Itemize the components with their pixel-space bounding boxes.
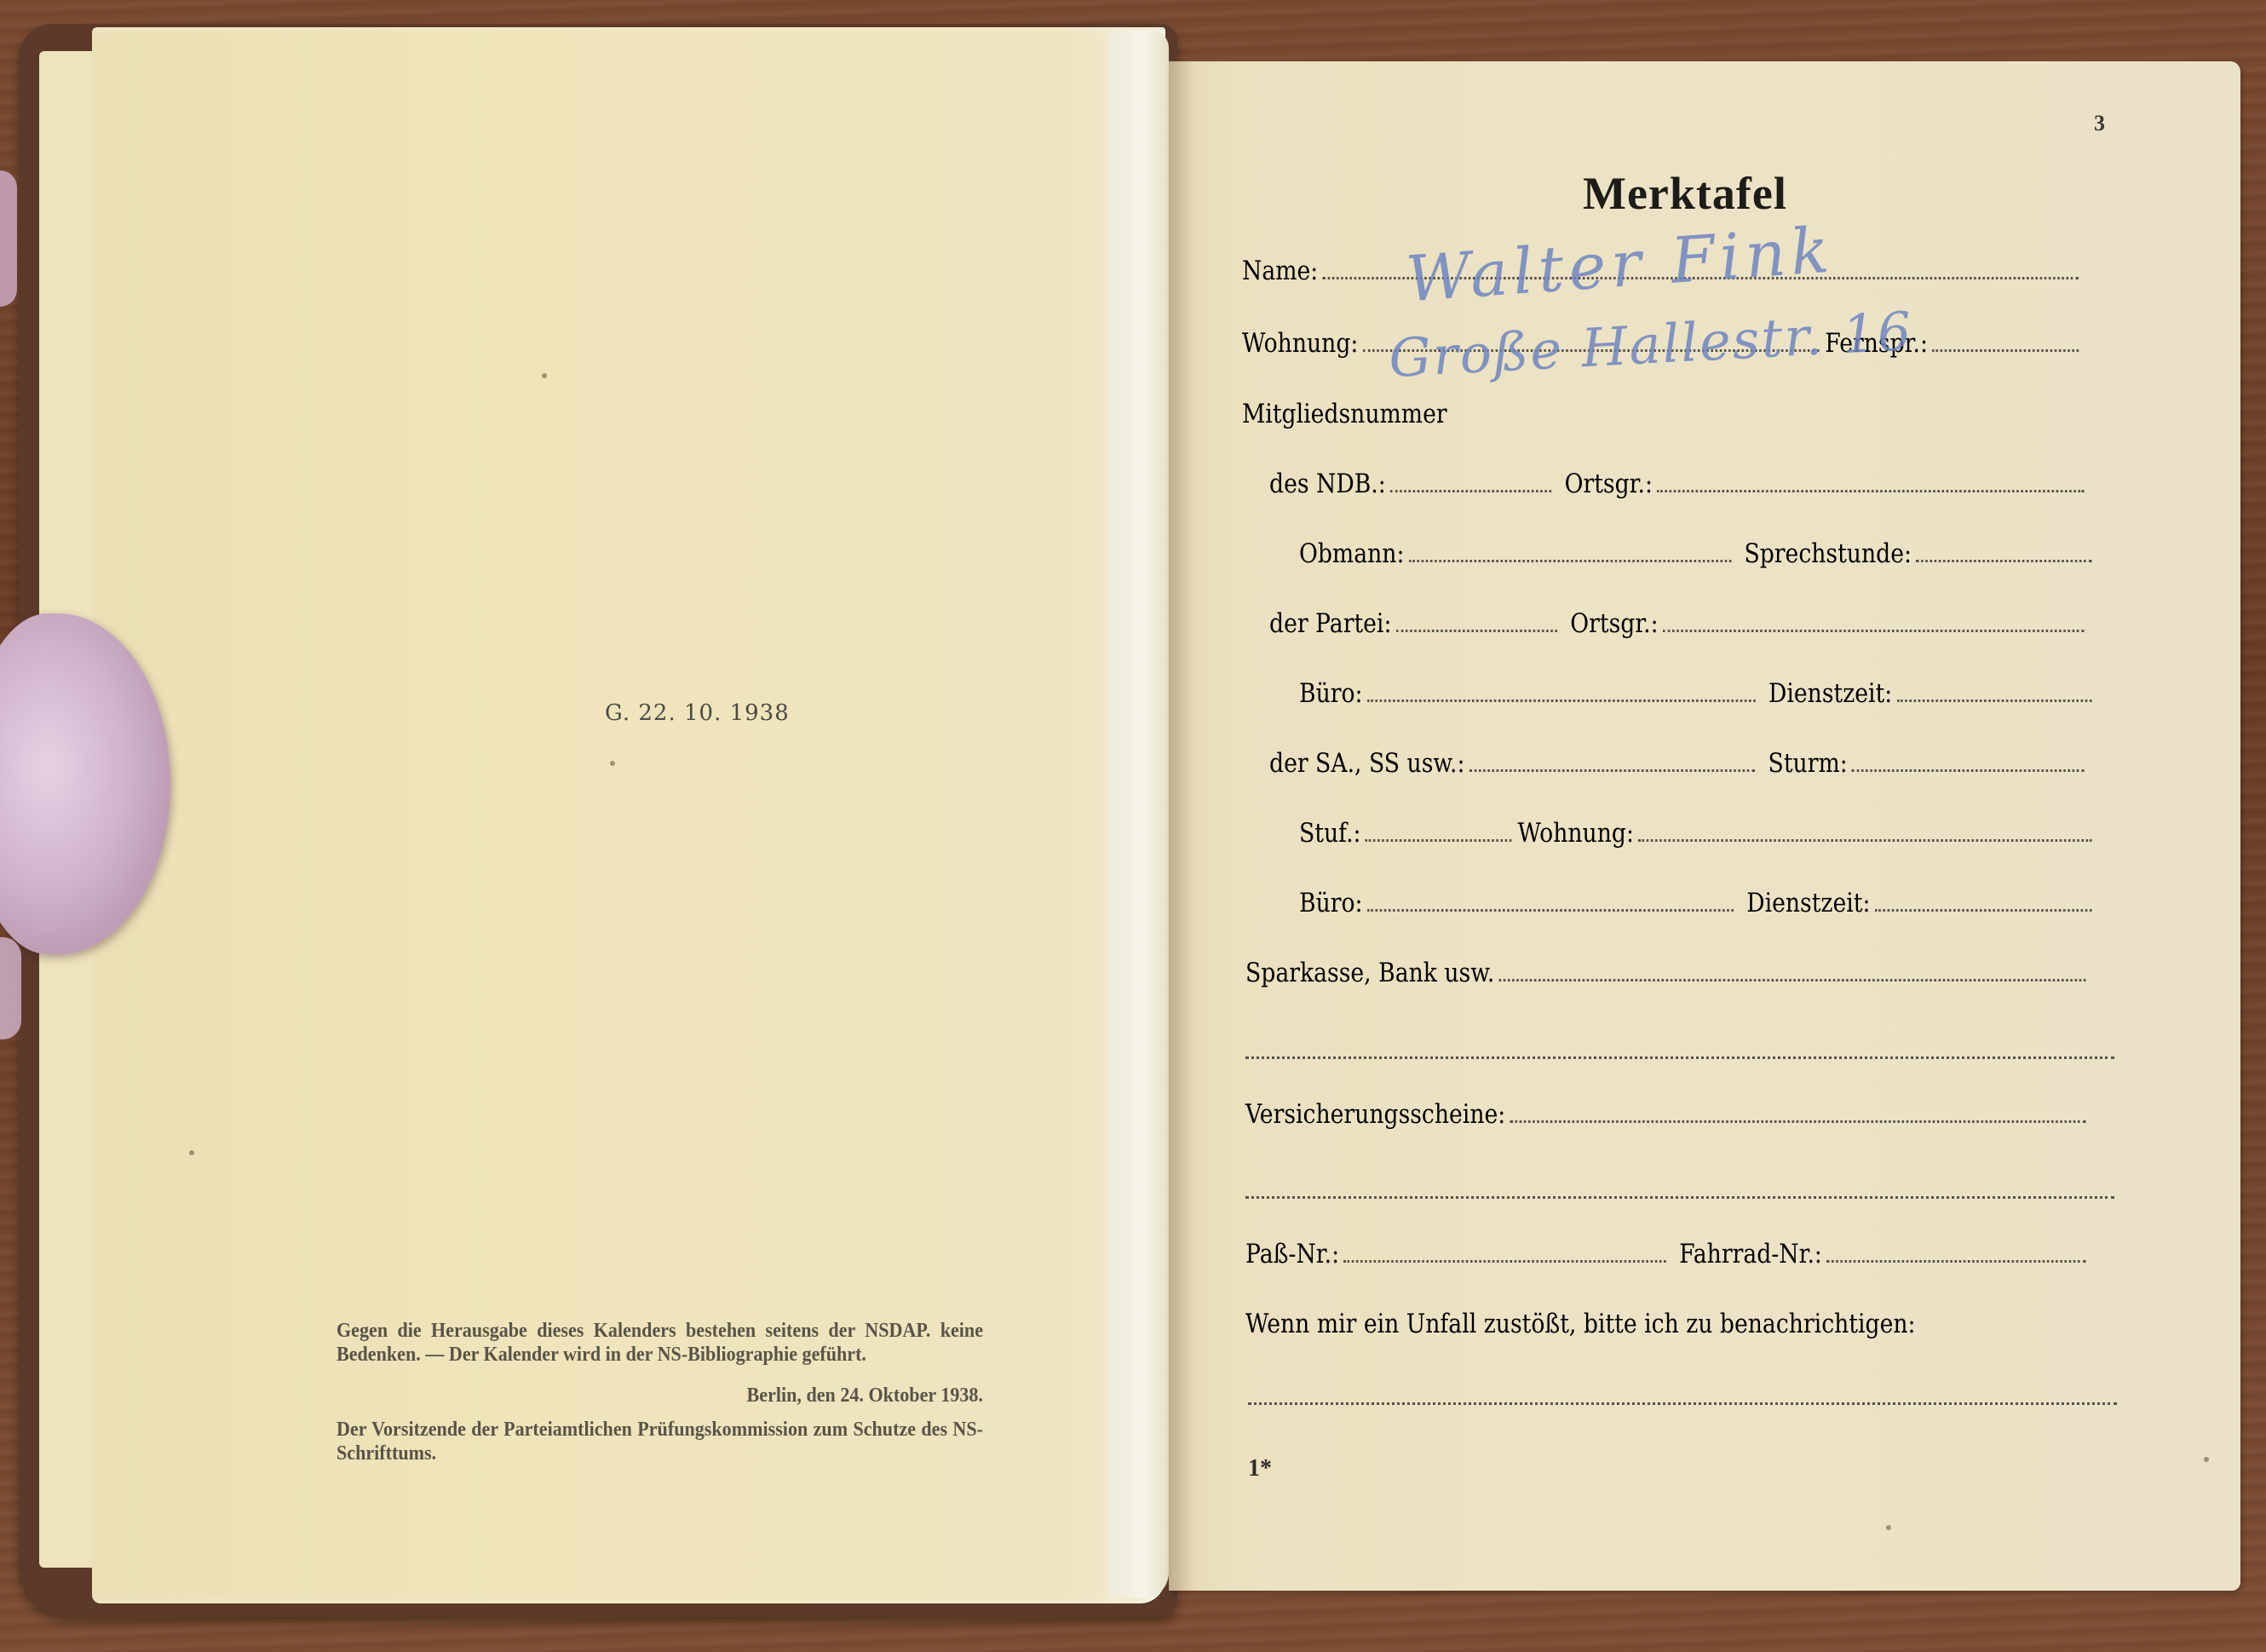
fill-line[interactable] xyxy=(1248,1402,2117,1405)
finger xyxy=(0,170,17,307)
field-buero-2: Büro: Dienstzeit: xyxy=(1299,888,2097,918)
field-label: Fahrrad-Nr.: xyxy=(1679,1239,1822,1269)
page-title: Merktafel xyxy=(1583,167,1787,220)
field-buero-1: Büro: Dienstzeit: xyxy=(1299,678,2097,709)
paper-speck xyxy=(2204,1457,2209,1462)
field-label: Sparkasse, Bank usw. xyxy=(1245,958,1494,988)
paper-speck xyxy=(542,373,547,378)
imprint-date: Berlin, den 24. Oktober 1938. xyxy=(336,1384,983,1407)
field-label: Büro: xyxy=(1299,678,1363,709)
imprint-notice: Gegen die Herausgabe dieses Kalenders be… xyxy=(336,1319,983,1465)
fill-line[interactable] xyxy=(1663,630,2085,632)
field-label: Wohnung: xyxy=(1518,818,1634,849)
fill-line[interactable] xyxy=(1875,909,2092,912)
left-page-curl xyxy=(1107,31,1169,1598)
fill-line[interactable] xyxy=(1896,699,2091,702)
fill-line[interactable] xyxy=(1852,769,2084,772)
signature-mark: 1* xyxy=(1248,1455,1272,1482)
field-sparkasse: Sparkasse, Bank usw. xyxy=(1245,958,2091,988)
field-sa: der SA., SS usw.: Sturm: xyxy=(1269,748,2090,779)
imprint-signature: Der Vorsitzende der Parteiamtlichen Prüf… xyxy=(336,1419,983,1465)
field-label: Büro: xyxy=(1299,888,1363,918)
page-number: 3 xyxy=(2094,111,2105,136)
fill-line[interactable] xyxy=(1245,1056,2114,1059)
field-label: Dienstzeit: xyxy=(1746,888,1870,918)
print-date-stamp: G. 22. 10. 1938 xyxy=(605,700,790,726)
fill-line[interactable] xyxy=(1343,1260,1665,1263)
field-label: der Partei: xyxy=(1269,608,1391,639)
paper-speck xyxy=(189,1150,194,1155)
field-stuf: Stuf.: Wohnung: xyxy=(1299,818,2097,849)
fill-line[interactable] xyxy=(1409,560,1731,562)
section-label: Mitgliedsnummer xyxy=(1242,399,1447,429)
fill-line[interactable] xyxy=(1932,349,2079,352)
field-versicherung: Versicherungsscheine: xyxy=(1245,1099,2091,1130)
field-label: Name: xyxy=(1242,256,1318,286)
fill-line[interactable] xyxy=(1657,490,2084,492)
imprint-paragraph: Gegen die Herausgabe dieses Kalenders be… xyxy=(336,1320,983,1366)
finger xyxy=(0,937,21,1039)
field-obmann: Obmann: Sprechstunde: xyxy=(1299,538,2097,569)
field-label: Sprechstunde: xyxy=(1744,538,1912,569)
field-label: Obmann: xyxy=(1299,538,1404,569)
fill-line[interactable] xyxy=(1916,560,2091,562)
field-label: Sturm: xyxy=(1769,748,1848,779)
fill-line[interactable] xyxy=(1366,839,1512,842)
field-label: Wohnung: xyxy=(1242,328,1358,359)
field-pass: Paß-Nr.: Fahrrad-Nr.: xyxy=(1245,1239,2091,1269)
field-label: Stuf.: xyxy=(1299,818,1361,849)
field-partei: der Partei: Ortsgr.: xyxy=(1269,608,2090,639)
section-mitgliedsnummer: Mitgliedsnummer xyxy=(1242,399,1447,429)
fill-line[interactable] xyxy=(1390,490,1551,492)
gutter-shadow xyxy=(1169,61,1194,1591)
field-label: der SA., SS usw.: xyxy=(1269,748,1465,779)
field-label: Dienstzeit: xyxy=(1769,678,1892,709)
field-label: Wenn mir ein Unfall zustößt, bitte ich z… xyxy=(1245,1309,1916,1339)
fill-line[interactable] xyxy=(1826,1260,2085,1263)
field-label: Ortsgr.: xyxy=(1565,469,1653,499)
fill-line[interactable] xyxy=(1638,839,2091,842)
fill-line[interactable] xyxy=(1245,1196,2114,1199)
field-label: Paß-Nr.: xyxy=(1245,1239,1339,1269)
paper-speck xyxy=(1886,1525,1891,1530)
fill-line[interactable] xyxy=(1499,979,2086,981)
field-label: des NDB.: xyxy=(1269,469,1386,499)
field-label: Versicherungsscheine: xyxy=(1245,1099,1505,1130)
fill-line[interactable] xyxy=(1469,769,1755,772)
fill-line[interactable] xyxy=(1367,699,1756,702)
paper-speck xyxy=(610,761,615,766)
fill-line[interactable] xyxy=(1367,909,1734,912)
fill-line[interactable] xyxy=(1396,630,1557,632)
fill-line[interactable] xyxy=(1510,1120,2085,1123)
field-ndb: des NDB.: Ortsgr.: xyxy=(1269,469,2090,499)
field-label: Ortsgr.: xyxy=(1570,608,1658,639)
field-unfall: Wenn mir ein Unfall zustößt, bitte ich z… xyxy=(1245,1309,1916,1339)
